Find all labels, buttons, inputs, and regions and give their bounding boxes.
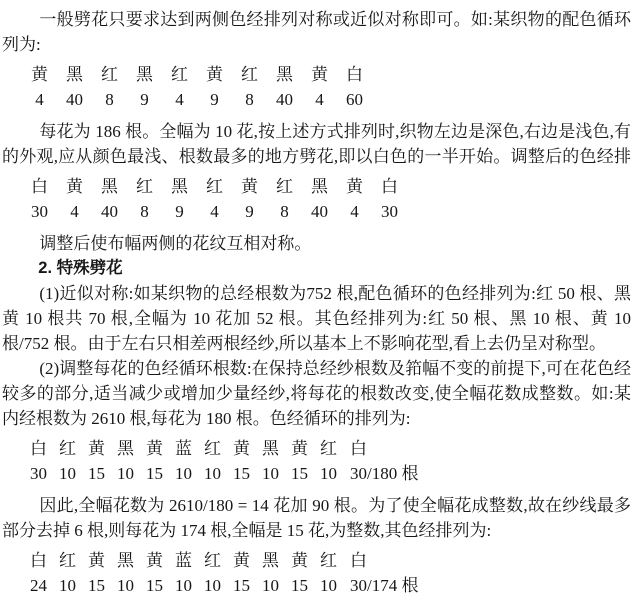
count-cell: 15 xyxy=(82,573,111,598)
color-cell: 红 xyxy=(53,548,82,573)
color-cell: 红 xyxy=(162,62,197,87)
color-cell: 黄 xyxy=(285,548,314,573)
color-cell: 红 xyxy=(53,436,82,461)
count-cell: 8 xyxy=(127,199,162,224)
color-cell: 黄 xyxy=(227,436,256,461)
paragraph-line: 内经根数为 2610 根,每花为 180 根。色经循环的排列为: xyxy=(2,406,631,431)
count-cell: 10 xyxy=(53,573,82,598)
color-cell: 红 xyxy=(314,548,343,573)
color-cell: 黑 xyxy=(127,62,162,87)
color-cell: 白 xyxy=(343,548,435,573)
color-cell: 黄 xyxy=(302,62,337,87)
count-cell: 40 xyxy=(57,87,92,112)
color-cell: 黑 xyxy=(111,548,140,573)
color-cell: 蓝 xyxy=(169,436,198,461)
color-cell: 红 xyxy=(92,62,127,87)
color-cell: 红 xyxy=(267,174,302,199)
count-cell: 9 xyxy=(162,199,197,224)
color-sequence-table-3: 白 红 黄 黑 黄 蓝 红 黄 黑 黄 红 白 30 10 15 10 15 1… xyxy=(2,436,631,486)
paragraph-line: 每花为 186 根。全幅为 10 花,按上述方式排列时,织物左边是深色,右边是浅… xyxy=(2,119,631,144)
color-cell: 黄 xyxy=(227,548,256,573)
count-cell: 30 xyxy=(372,199,407,224)
color-row: 黄 黑 红 黑 红 黄 红 黑 黄 白 xyxy=(2,62,631,87)
count-cell: 10 xyxy=(314,461,343,486)
count-cell: 30/180 根 xyxy=(343,461,435,486)
color-cell: 黑 xyxy=(57,62,92,87)
count-cell: 4 xyxy=(57,199,92,224)
color-sequence-table-4: 白 红 黄 黑 黄 蓝 红 黄 黑 黄 红 白 24 10 15 10 15 1… xyxy=(2,548,631,598)
color-cell: 黄 xyxy=(82,548,111,573)
count-cell: 4 xyxy=(22,87,57,112)
color-cell: 黄 xyxy=(57,174,92,199)
color-cell: 红 xyxy=(232,62,267,87)
color-cell: 黑 xyxy=(302,174,337,199)
paragraph-line: 的外观,应从颜色最浅、根数最多的地方劈花,即以白色的一半开始。调整后的色经排列为… xyxy=(2,144,631,169)
color-cell: 白 xyxy=(337,62,372,87)
count-cell: 15 xyxy=(285,461,314,486)
count-cell: 10 xyxy=(256,573,285,598)
count-cell: 40 xyxy=(92,199,127,224)
color-cell: 白 xyxy=(24,436,53,461)
count-cell: 15 xyxy=(227,461,256,486)
color-sequence-table-1: 黄 黑 红 黑 红 黄 红 黑 黄 白 4 40 8 9 4 9 8 40 4 … xyxy=(2,62,631,112)
color-cell: 白 xyxy=(372,174,407,199)
count-cell: 10 xyxy=(198,573,227,598)
color-cell: 红 xyxy=(198,436,227,461)
count-cell: 10 xyxy=(256,461,285,486)
section-heading: 2. 特殊劈花 xyxy=(2,256,631,281)
color-cell: 黑 xyxy=(256,436,285,461)
count-cell: 15 xyxy=(227,573,256,598)
count-cell: 40 xyxy=(302,199,337,224)
count-cell: 8 xyxy=(267,199,302,224)
color-cell: 黑 xyxy=(92,174,127,199)
color-cell: 黄 xyxy=(22,62,57,87)
count-row: 4 40 8 9 4 9 8 40 4 60 xyxy=(2,87,631,112)
color-cell: 黄 xyxy=(337,174,372,199)
color-cell: 红 xyxy=(127,174,162,199)
count-cell: 30/174 根 xyxy=(343,573,435,598)
color-sequence-table-2: 白 黄 黑 红 黑 红 黄 红 黑 黄 白 30 4 40 8 9 4 9 8 … xyxy=(2,174,631,224)
color-cell: 黑 xyxy=(267,62,302,87)
color-cell: 黄 xyxy=(285,436,314,461)
paragraph-line: (1)近似对称:如某织物的总经根数为752 根,配色循环的色经排列为:红 50 … xyxy=(2,281,631,306)
count-row: 30 4 40 8 9 4 9 8 40 4 30 xyxy=(2,199,631,224)
count-cell: 15 xyxy=(140,461,169,486)
count-cell: 4 xyxy=(197,199,232,224)
color-cell: 黑 xyxy=(256,548,285,573)
color-cell: 黄 xyxy=(232,174,267,199)
count-cell: 9 xyxy=(232,199,267,224)
count-cell: 9 xyxy=(197,87,232,112)
count-cell: 10 xyxy=(53,461,82,486)
color-cell: 红 xyxy=(314,436,343,461)
count-cell: 15 xyxy=(285,573,314,598)
count-cell: 4 xyxy=(302,87,337,112)
count-cell: 4 xyxy=(337,199,372,224)
color-cell: 白 xyxy=(22,174,57,199)
count-cell: 8 xyxy=(92,87,127,112)
color-cell: 白 xyxy=(24,548,53,573)
paragraph-line: 调整后使布幅两侧的花纹互相对称。 xyxy=(2,231,631,256)
count-cell: 40 xyxy=(267,87,302,112)
paragraph-line: 黄 10 根共 70 根,全幅为 10 花加 52 根。其色经排列为:红 50 … xyxy=(2,306,631,331)
count-cell: 10 xyxy=(198,461,227,486)
count-cell: 10 xyxy=(111,461,140,486)
count-cell: 15 xyxy=(140,573,169,598)
paragraph-line: 列为: xyxy=(2,32,631,57)
paragraph-line: (2)调整每花的色经循环根数:在保持总经纱根数及筘幅不变的前提下,可在花色经纱处 xyxy=(2,356,631,381)
paragraph-line: 因此,全幅花数为 2610/180 = 14 花加 90 根。为了使全幅花成整数… xyxy=(2,493,631,518)
color-cell: 黄 xyxy=(82,436,111,461)
count-row: 24 10 15 10 15 10 10 15 10 15 10 30/174 … xyxy=(2,573,631,598)
count-cell: 60 xyxy=(337,87,372,112)
paragraph-line: 一般劈花只要求达到两侧色经排列对称或近似对称即可。如:某织物的配色循环的色经排 xyxy=(2,7,631,32)
paragraph-line: 较多的部分,适当减少或增加少量经纱,将每花的根数改变,使全幅花数成整数。如:某女… xyxy=(2,381,631,406)
count-cell: 8 xyxy=(232,87,267,112)
paragraph-line: 根/752 根。由于左右只相差两根经纱,所以基本上不影响花型,看上去仍呈对称型。 xyxy=(2,331,631,356)
color-cell: 红 xyxy=(198,548,227,573)
count-cell: 10 xyxy=(169,461,198,486)
count-cell: 10 xyxy=(314,573,343,598)
color-cell: 黄 xyxy=(197,62,232,87)
count-cell: 30 xyxy=(22,199,57,224)
count-cell: 9 xyxy=(127,87,162,112)
document-page: 一般劈花只要求达到两侧色经排列对称或近似对称即可。如:某织物的配色循环的色经排 … xyxy=(0,0,633,600)
count-cell: 4 xyxy=(162,87,197,112)
count-cell: 24 xyxy=(24,573,53,598)
color-cell: 黄 xyxy=(140,436,169,461)
count-row: 30 10 15 10 15 10 10 15 10 15 10 30/180 … xyxy=(2,461,631,486)
color-cell: 蓝 xyxy=(169,548,198,573)
color-cell: 红 xyxy=(197,174,232,199)
count-cell: 10 xyxy=(111,573,140,598)
count-cell: 15 xyxy=(82,461,111,486)
color-cell: 黑 xyxy=(162,174,197,199)
count-cell: 30 xyxy=(24,461,53,486)
color-cell: 黄 xyxy=(140,548,169,573)
color-row: 白 黄 黑 红 黑 红 黄 红 黑 黄 白 xyxy=(2,174,631,199)
color-row: 白 红 黄 黑 黄 蓝 红 黄 黑 黄 红 白 xyxy=(2,548,631,573)
paragraph-line: 部分去掉 6 根,则每花为 174 根,全幅是 15 花,为整数,其色经排列为: xyxy=(2,518,631,543)
color-cell: 黑 xyxy=(111,436,140,461)
color-cell: 白 xyxy=(343,436,435,461)
count-cell: 10 xyxy=(169,573,198,598)
color-row: 白 红 黄 黑 黄 蓝 红 黄 黑 黄 红 白 xyxy=(2,436,631,461)
